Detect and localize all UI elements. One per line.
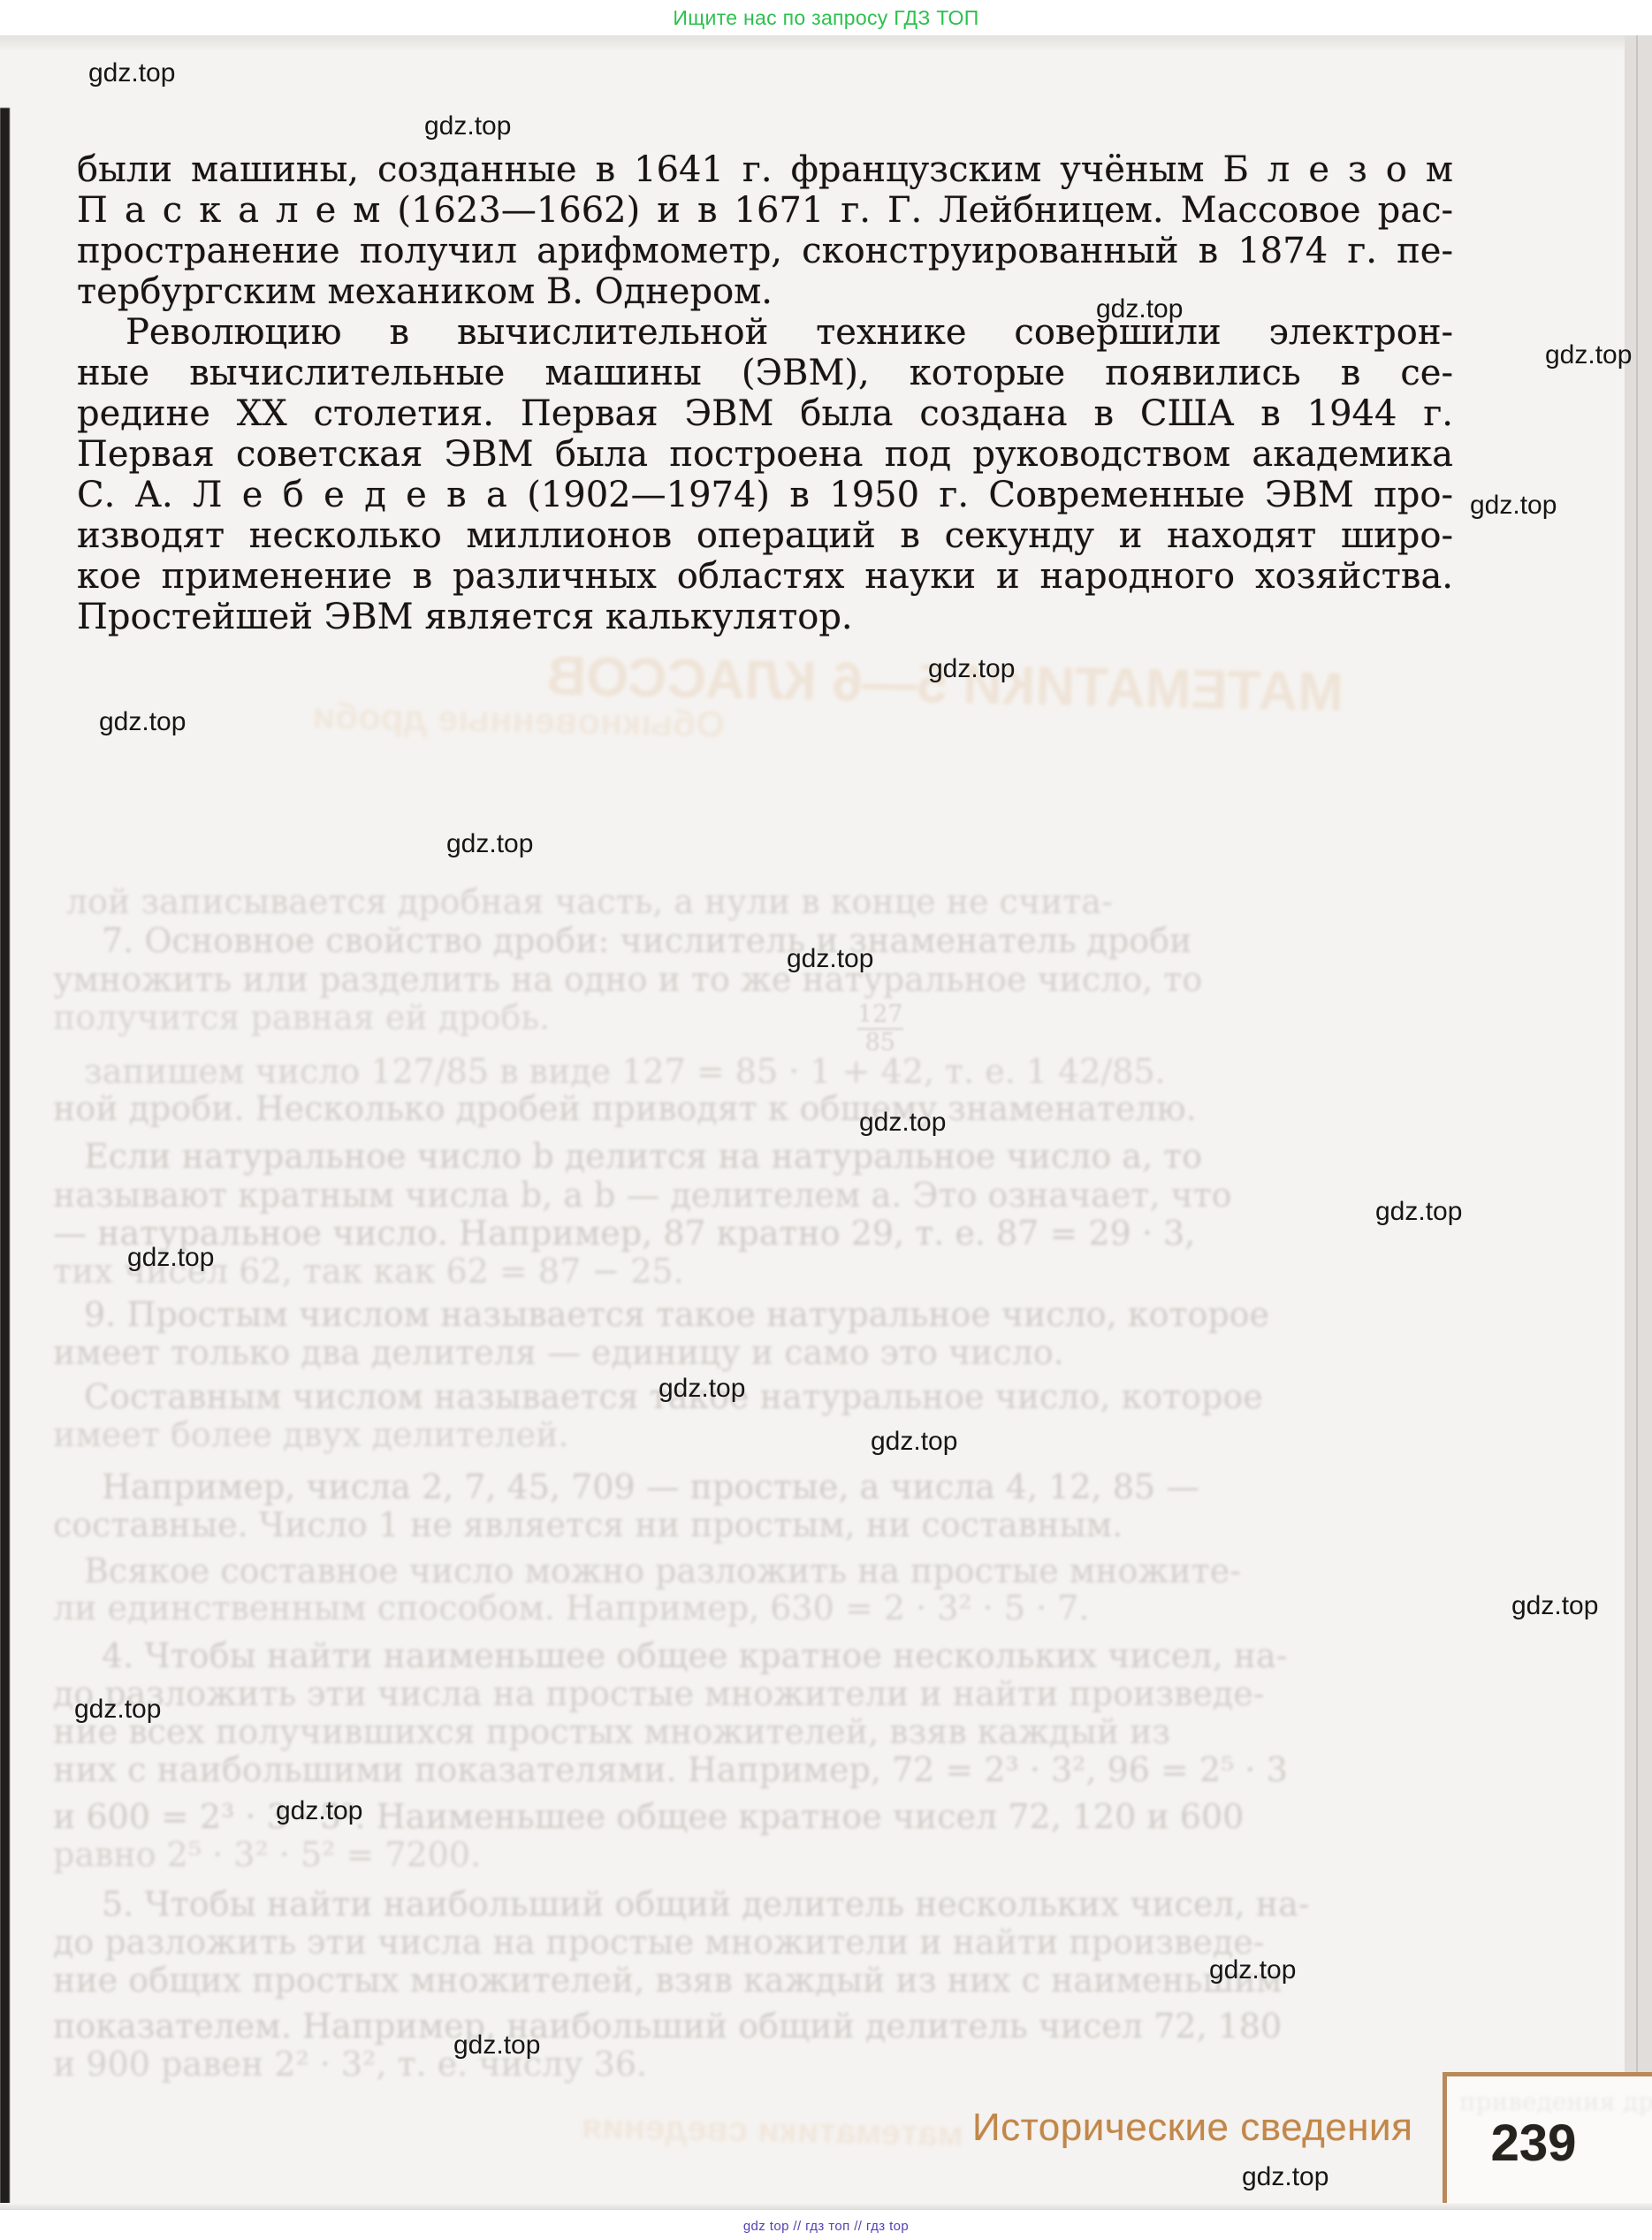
ghost-text-line: имеет более двух делителей. <box>53 1415 568 1454</box>
gdz-watermark: gdz.top <box>1470 491 1557 521</box>
book-text-line: Простейшей ЭВМ является калькулятор. <box>77 597 1453 637</box>
ghost-text-line: Всякое составное число можно разложить н… <box>84 1551 1241 1590</box>
ghost-orange-heading: Обыкновенные дроби <box>433 697 726 746</box>
gdz-watermark: gdz.top <box>1375 1197 1462 1227</box>
scan-top-edge <box>0 35 1652 51</box>
ghost-text-line: ной дроби. Несколько дробей приводят к о… <box>53 1089 1197 1128</box>
gdz-watermark: gdz.top <box>446 829 533 859</box>
main-text-block: были машины, созданные в 1641 г. француз… <box>77 149 1453 637</box>
scan-bottom-edge <box>0 2203 1652 2210</box>
ghost-text-line: равно 2⁵ · 3² · 5² = 7200. <box>53 1835 481 1874</box>
ghost-text-line: и 600 = 2³ · 3 · 5². Наименьшее общее кр… <box>53 1797 1244 1836</box>
gdz-watermark: gdz.top <box>1511 1591 1598 1621</box>
book-text-line: ные вычислительные машины (ЭВМ), которые… <box>77 353 1453 393</box>
book-text-line: Первая советская ЭВМ была построена под … <box>77 434 1453 475</box>
gdz-watermark: gdz.top <box>88 58 175 88</box>
ghost-fraction: 12785 <box>857 1002 903 1056</box>
ghost-text-line: 9. Простым числом называется такое натур… <box>84 1295 1269 1334</box>
gdz-watermark: gdz.top <box>871 1427 957 1457</box>
book-text-line: тербургским механиком В. Однером. <box>77 271 1453 312</box>
book-text-line: С. А. Л е б е д е в а (1902—1974) в 1950… <box>77 475 1453 515</box>
ghost-text-line: 7. Основное свойство дроби: числитель и … <box>102 921 1191 960</box>
book-spine-edge <box>0 108 10 2205</box>
ghost-text-line: до разложить эти числа на простые множит… <box>53 1674 1265 1713</box>
ghost-orange-heading: математики сведения <box>583 2107 964 2155</box>
gdz-watermark: gdz.top <box>1209 1955 1296 1985</box>
gdz-watermark: gdz.top <box>74 1695 161 1725</box>
ghost-text-line: до разложить эти числа на простые множит… <box>53 1923 1265 1962</box>
ghost-text-line: 4. Чтобы найти наименьшее общее кратное … <box>102 1636 1287 1675</box>
page-number: 239 <box>1491 2114 1577 2173</box>
ghost-text-line: ние всех получившихся простых множителей… <box>53 1712 1170 1751</box>
book-text-line: кое применение в различных областях наук… <box>77 556 1453 597</box>
book-text-line: редине XX столетия. Первая ЭВМ была созд… <box>77 393 1453 434</box>
ghost-text-line: лой записывается дробная часть, а нули в… <box>66 882 1113 921</box>
book-page-scan: МАТЕМАТИКИ 5—6 КЛАССОВОбыкновенные дроби… <box>0 35 1652 2210</box>
gdz-watermark: gdz.top <box>424 111 511 141</box>
gdz-watermark: gdz.top <box>928 654 1015 684</box>
gdz-watermark: gdz.top <box>453 2030 540 2061</box>
book-text-line: Революцию в вычислительной технике совер… <box>77 312 1453 353</box>
book-text-line: были машины, созданные в 1641 г. француз… <box>77 149 1453 190</box>
ghost-text-line: называют кратным числа b, а b — делителе… <box>53 1176 1232 1215</box>
gdz-watermark: gdz.top <box>1545 340 1632 370</box>
gdz-watermark: gdz.top <box>659 1374 745 1404</box>
book-text-line: изводят несколько миллионов операций в с… <box>77 515 1453 556</box>
ghost-text-line: Если натуральное число b делится на нату… <box>84 1137 1202 1176</box>
ghost-text-line: составные. Число 1 не является ни просты… <box>53 1505 1123 1544</box>
gdz-watermark: gdz.top <box>787 944 873 974</box>
gdz-watermark: gdz.top <box>1242 2162 1328 2192</box>
site-banner-link[interactable]: Ищите нас по запросу ГДЗ ТОП <box>0 6 1652 30</box>
ghost-text-line: ние общих простых множителей, взяв кажды… <box>53 1961 1283 2000</box>
ghost-orange-heading: МАТЕМАТИКИ 5—6 КЛАССОВ <box>220 638 1344 725</box>
book-text-line: пространение получил арифмометр, сконстр… <box>77 231 1453 271</box>
gdz-watermark: gdz.top <box>276 1796 362 1826</box>
ghost-text-line: получится равная ей дробь. <box>53 998 550 1037</box>
ghost-text-line: умножить или разделить на одно и то же н… <box>53 960 1202 999</box>
ghost-text-line: 5. Чтобы найти наибольший общий делитель… <box>102 1885 1310 1924</box>
ghost-text-line: ли единственным способом. Например, 630 … <box>53 1589 1090 1627</box>
gdz-watermark: gdz.top <box>859 1108 946 1138</box>
page-box-ghost-text: приведения дробей <box>1459 2087 1652 2116</box>
ghost-text-line: них с наибольшими показателями. Например… <box>53 1750 1288 1789</box>
scan-right-seam <box>1636 35 1638 2210</box>
gdz-watermark: gdz.top <box>1096 294 1183 324</box>
ghost-text-line: запишем число 127/85 в виде 127 = 85 · 1… <box>84 1052 1166 1091</box>
page-number-box: приведения дробей 239 <box>1443 2072 1652 2210</box>
gdz-watermark: gdz.top <box>99 707 186 737</box>
ghost-text-line: имеет только два делителя — единицу и са… <box>53 1333 1064 1372</box>
ghost-text-line: и 900 равен 2² · 3², т. е. числу 36. <box>53 2045 647 2084</box>
gdz-watermark: gdz.top <box>127 1243 214 1273</box>
ghost-text-line: Например, числа 2, 7, 45, 709 — простые,… <box>102 1467 1199 1506</box>
ghost-text-line: показателем. Например, наибольший общий … <box>53 2007 1282 2046</box>
section-label: Исторические сведения <box>972 2106 1412 2150</box>
book-text-line: П а с к а л е м (1623—1662) и в 1671 г. … <box>77 190 1453 231</box>
ghost-text-line: — натуральное число. Например, 87 кратно… <box>53 1214 1195 1253</box>
footer-links[interactable]: gdz top // гдз топ // гдз top <box>0 2219 1652 2234</box>
